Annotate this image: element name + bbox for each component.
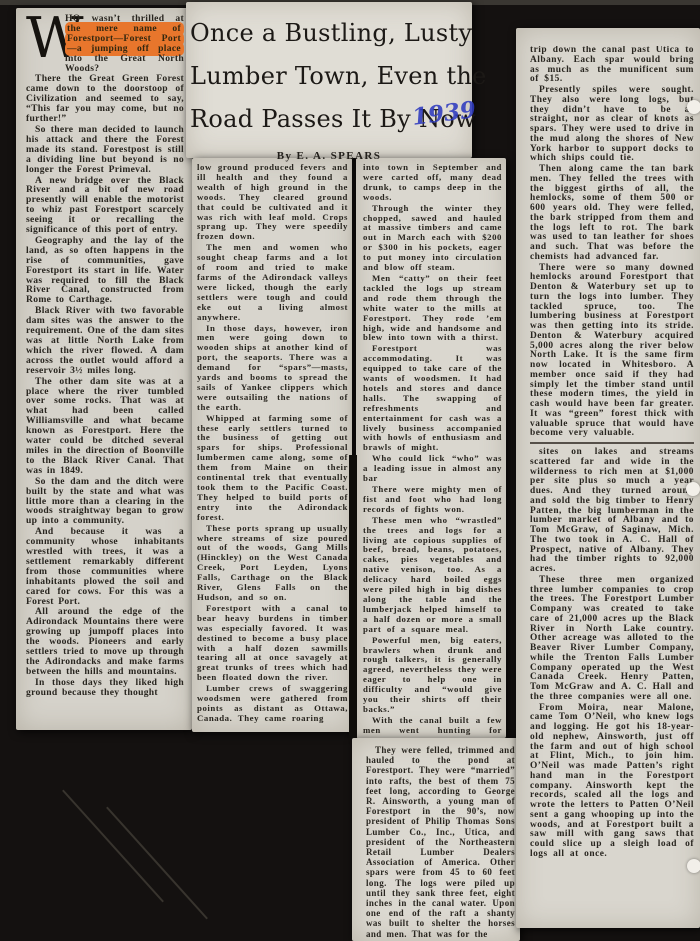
article-paragraph: The men and women who sought cheap farms… [197, 243, 348, 322]
article-paragraph: Geography and the lay of the land, as so… [26, 236, 184, 305]
article-paragraph: With the canal built a few men went hunt… [363, 716, 502, 735]
article-paragraph: sites on lakes and streams scattered far… [530, 448, 694, 575]
col1-paragraphs: There the Great Green Forest came down t… [26, 74, 184, 697]
article-paragraph: In those days they liked high ground bec… [26, 678, 184, 698]
byline: By E. A. SPEARS [190, 150, 468, 162]
article-paragraph: In those days, however, iron men were go… [197, 324, 348, 413]
article-paragraph: Forestport with a canal to bear heavy bu… [197, 604, 348, 683]
article-paragraph: Men “catty” on their feet tackled the lo… [363, 274, 502, 343]
article-paragraph: So there man decided to launch his attac… [26, 125, 184, 175]
article-paragraph: into town in September and were carted o… [363, 163, 502, 203]
highlight-mark: the mere name of Forestport—Forest Port—… [65, 22, 184, 56]
article-paragraph: These men who “wrastled” the trees and l… [363, 516, 502, 635]
headline-line-1: Once a Bustling, Lusty [190, 12, 468, 55]
article-paragraph: All around the edge of the Adirondack Mo… [26, 607, 184, 676]
article-paragraph: They were felled, trimmed and hauled to … [366, 745, 515, 937]
scratch-line [106, 807, 208, 920]
article-paragraph: Who could lick “who” was a leading issue… [363, 454, 502, 484]
article-paragraph: From Moira, near Malone, came Tom O’Neil… [530, 704, 694, 860]
article-paragraph: Black River with two favorable dam sites… [26, 306, 184, 375]
article-paragraph: And because it was a community whose inh… [26, 527, 184, 606]
article-paragraph: low ground produced fevers and ill healt… [197, 163, 348, 242]
headline-line-2: Lumber Town, Even the [190, 55, 468, 98]
drop-cap: W [26, 15, 62, 65]
column-3-foot-text: They were felled, trimmed and hauled to … [366, 745, 515, 937]
clipping-edge-bar [349, 455, 357, 738]
binder-hole [686, 482, 700, 496]
article-paragraph: Then along came the tan bark men. They f… [530, 165, 694, 263]
lede-after: into the Great North Woods? [65, 53, 184, 74]
article-paragraph: A new bridge over the Black River and a … [26, 176, 184, 235]
column-2-text: low ground produced fevers and ill healt… [197, 163, 348, 729]
lede-paragraph: WHO wasn’t thrilled at the mere name of … [26, 14, 184, 73]
binder-hole [687, 100, 700, 114]
article-paragraph: Through the winter they chopped, sawed a… [363, 204, 502, 273]
binder-hole [687, 859, 700, 873]
article-paragraph: These ports sprang up usually where stre… [197, 524, 348, 603]
article-paragraph: The other dam site was at a place where … [26, 377, 184, 476]
article-paragraph: Presently spiles were sought. They also … [530, 86, 694, 164]
scratch-line [62, 790, 164, 903]
right-column-text: trip down the canal past Utica to Albany… [530, 46, 694, 922]
article-paragraph: Lumber crews of swaggering woodsmen were… [197, 684, 348, 724]
article-paragraph: There the Great Green Forest came down t… [26, 74, 184, 124]
column-3-text: into town in September and were carted o… [363, 163, 502, 735]
newspaper-clipping-page: Once a Bustling, Lusty Lumber Town, Even… [0, 0, 700, 941]
article-paragraph: Forestport was accommodating. It was equ… [363, 344, 502, 453]
article-paragraph: Whipped at farming some of these early s… [197, 414, 348, 523]
article-paragraph: These three men organized three lumber c… [530, 576, 694, 703]
article-paragraph: trip down the canal past Utica to Albany… [530, 46, 694, 85]
article-paragraph: There were mighty men of fist and foot w… [363, 485, 502, 515]
article-paragraph: So the dam and the ditch were built by t… [26, 477, 184, 527]
article-paragraph: Powerful men, big eaters, brawlers when … [363, 636, 502, 715]
left-column-text: WHO wasn’t thrilled at the mere name of … [26, 14, 184, 726]
headline-block: Once a Bustling, Lusty Lumber Town, Even… [190, 12, 468, 162]
article-paragraph: There were so many downed hemlocks aroun… [530, 264, 694, 445]
